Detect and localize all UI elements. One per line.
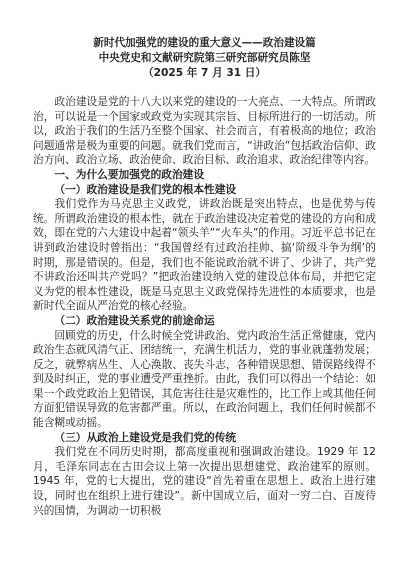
document-title: 新时代加强党的建设的重大意义——政治建设篇 bbox=[33, 36, 376, 51]
paragraph-intro: 政治建设是党的十八大以来党的建设的一大亮点、一大特点。所谓政治，可以说是一个国家… bbox=[33, 95, 376, 168]
heading-section-one: 一、为什么要加强党的政治建设 bbox=[33, 168, 376, 183]
document-date-line: （2025 年 7 月 31 日） bbox=[33, 66, 376, 81]
heading-subsection-two: （二）政治建设关系党的前途命运 bbox=[33, 314, 376, 329]
heading-subsection-one: （一）政治建设是我们党的根本性建设 bbox=[33, 183, 376, 198]
paragraph-subsection-two: 回顾党的历史，什么时候全党讲政治、党内政治生活正常健康，党内政治生态就风清气正、… bbox=[33, 329, 376, 431]
document-author-line: 中央党史和文献研究院第三研究部研究员陈坚 bbox=[33, 51, 376, 66]
paragraph-subsection-one: 我们党作为马克思主义政党，讲政治既是突出特点，也是优势与传统。所谓政治建设的根本… bbox=[33, 197, 376, 314]
paragraph-subsection-three: 我们党在不同历史时期，都高度重视和强调政治建设。1929 年 12 月，毛泽东同… bbox=[33, 445, 376, 518]
document-page: 新时代加强党的建设的重大意义——政治建设篇 中央党史和文献研究院第三研究部研究员… bbox=[0, 0, 409, 580]
heading-subsection-three: （三）从政治上建设党是我们党的传统 bbox=[33, 431, 376, 446]
document-body: 政治建设是党的十八大以来党的建设的一大亮点、一大特点。所谓政治，可以说是一个国家… bbox=[33, 95, 376, 518]
document-header: 新时代加强党的建设的重大意义——政治建设篇 中央党史和文献研究院第三研究部研究员… bbox=[33, 36, 376, 81]
